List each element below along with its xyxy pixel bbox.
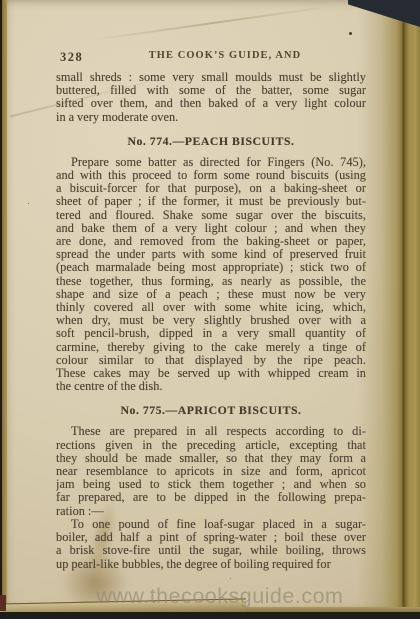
text-line: and with this proceed to form some round… (56, 169, 366, 182)
running-title: THE COOK’S GUIDE, AND (70, 50, 380, 61)
text-line: far prepared, are to be dipped in the fo… (56, 491, 366, 504)
text-line: rections given in the preceding article,… (56, 439, 366, 452)
text-line: small shreds : some very small moulds mu… (56, 71, 366, 84)
paper-speck (349, 32, 352, 35)
text-line: the centre of the dish. (56, 380, 366, 393)
text-line: a biscuit-forcer for that purpose), on a… (56, 182, 366, 195)
text-line: sifted over them, and then baked of a ve… (56, 97, 366, 110)
section-paragraph: To one pound of fine loaf-sugar placed i… (56, 518, 366, 571)
section-heading: No. 775.—APRICOT BISCUITS. (56, 403, 366, 418)
text-line: when dry, must be very slightly brushed … (56, 314, 366, 327)
text-line: shape and size of a peach ; these must n… (56, 288, 366, 301)
page-header: 328 THE COOK’S GUIDE, AND (56, 50, 366, 64)
text-line: boiler, add half a pint of spring-water … (56, 531, 366, 544)
text-line: up pearl-like bubbles, the degree of boi… (56, 558, 366, 571)
text-line: spread the under parts with some kind of… (56, 248, 366, 261)
text-line: a brisk stove-fire until the sugar, whil… (56, 544, 366, 557)
background-table (0, 612, 420, 619)
text-line: sheet of paper ; if the former, it must … (56, 195, 366, 208)
section-paragraph: Prepare some batter as directed for Fing… (56, 156, 366, 394)
section-heading: No. 774.—PEACH BISCUITS. (56, 134, 366, 149)
book-page: 328 THE COOK’S GUIDE, AND small shreds :… (0, 0, 420, 613)
text-line: These cakes may be served up with whippe… (56, 367, 366, 380)
text-line: These are prepared in all respects accor… (56, 425, 366, 438)
page-body: small shreds : some very small moulds mu… (56, 71, 366, 571)
text-line: thinly covered all over with some white … (56, 301, 366, 314)
section-paragraph: These are prepared in all respects accor… (56, 425, 366, 517)
text-line: buttered, filled with some of the batter… (56, 84, 366, 97)
scanned-book-photo: 328 THE COOK’S GUIDE, AND small shreds :… (0, 0, 420, 619)
text-line: are done, and removed from the baking-sh… (56, 235, 366, 248)
text-line: soft pencil-brush, dipped in a very smal… (56, 327, 366, 340)
text-line: near resemblance to apricots in size and… (56, 465, 366, 478)
text-line: Prepare some batter as directed for Fing… (56, 156, 366, 169)
text-line: ration :— (56, 505, 366, 518)
binding-edge (0, 0, 7, 613)
text-line: these together, thus forming, as nearly … (56, 275, 366, 288)
text-line: carmine, thereby giving to the cake mere… (56, 341, 366, 354)
text-line: and bake them of a very light colour ; a… (56, 222, 366, 235)
fore-edge-pages (358, 0, 420, 613)
text-line: tered and floured. Shake some sugar over… (56, 209, 366, 222)
text-line: jam being used to stick them together ; … (56, 478, 366, 491)
text-line: in a very moderate oven. (56, 111, 366, 124)
text-line: To one pound of fine loaf-sugar placed i… (56, 518, 366, 531)
intro-paragraph: small shreds : some very small moulds mu… (56, 71, 366, 124)
text-line: they should be made smaller, so that the… (56, 452, 366, 465)
cover-corner (0, 595, 6, 611)
text-line: (peach marmalade being most appropriate)… (56, 261, 366, 274)
page-text-column: 328 THE COOK’S GUIDE, AND small shreds :… (56, 50, 366, 571)
watermark: www.thecooksguide.com (96, 584, 343, 609)
text-line: colour similar to that displayed by the … (56, 354, 366, 367)
paper-crease (89, 5, 337, 42)
